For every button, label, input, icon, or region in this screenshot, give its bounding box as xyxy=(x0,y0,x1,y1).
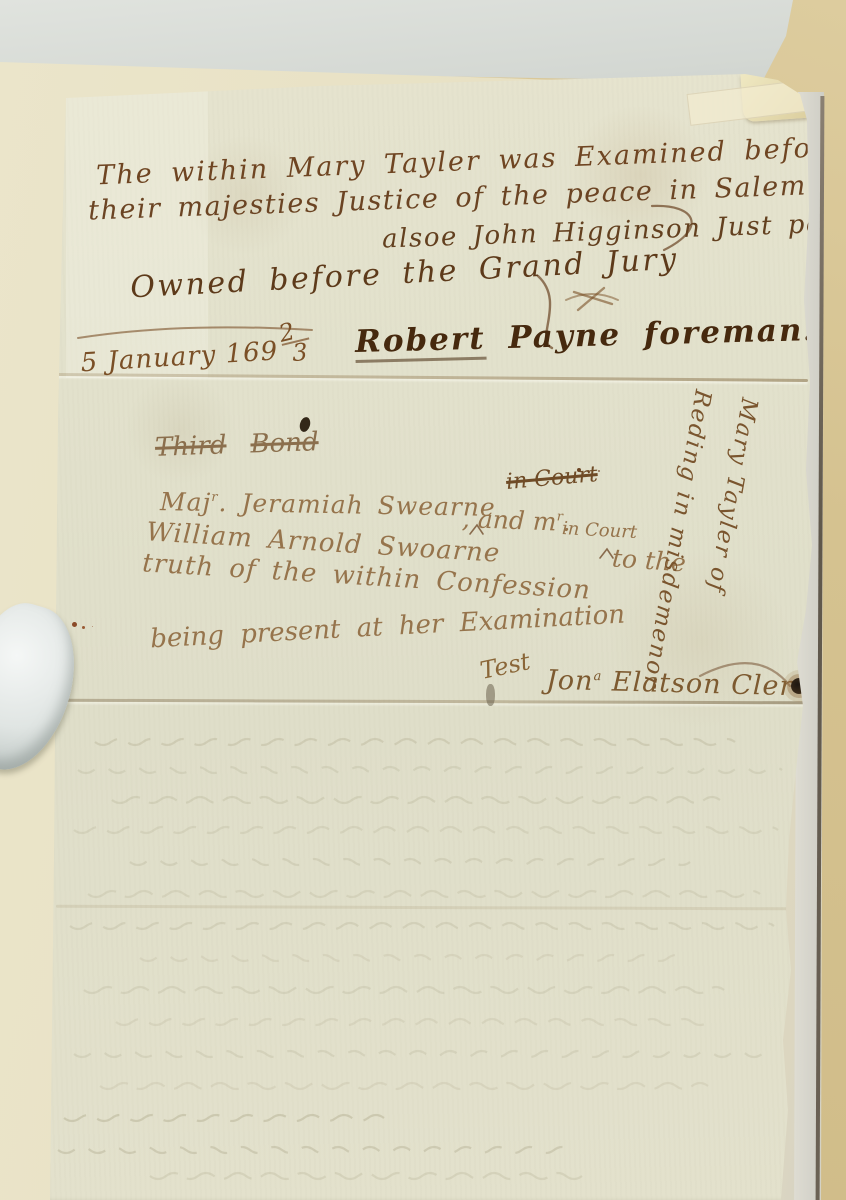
clerk-first-name: Jon xyxy=(546,665,594,697)
foreman-surname: Payne foreman: xyxy=(485,312,817,357)
ink-dots xyxy=(577,468,581,472)
witness1-line: Majr. Jeramiah Swearne xyxy=(160,487,496,522)
attestation-word: Test xyxy=(478,647,533,685)
witness1-title: Maj xyxy=(160,487,212,517)
witness1-name: . Jeramiah Swearne xyxy=(218,488,496,522)
dual-year: 23 xyxy=(278,320,309,364)
date-text: 5 January 169 xyxy=(80,336,279,378)
foreman-first-name: Robert xyxy=(355,321,486,363)
manuscript-page: The within Mary Tayler was Examined befo… xyxy=(0,0,846,1200)
struck-word-2: Bond xyxy=(250,427,319,459)
docket-endorsement: Mary Tayler of Reding in misdemenor xyxy=(626,386,772,701)
conjunction-text: , and m xyxy=(462,504,558,536)
document-photo: The within Mary Tayler was Examined befo… xyxy=(0,0,846,1200)
struck-insert-in-court: in Court xyxy=(505,462,599,495)
insert-in-court: in Court xyxy=(562,518,638,543)
foreman-signature: Robert Payne foreman: xyxy=(355,312,818,360)
margin-mark xyxy=(72,622,77,627)
conjunction-and-mr: , and mr. xyxy=(462,504,572,537)
struck-heading: ThirdBond xyxy=(155,427,320,463)
examination-presence-line: being present at her Examination xyxy=(150,600,626,655)
ink-drip xyxy=(486,684,495,706)
fold-line-faint xyxy=(56,905,788,911)
struck-word-1: Third xyxy=(155,430,227,462)
year-lower: 3 xyxy=(292,342,309,363)
